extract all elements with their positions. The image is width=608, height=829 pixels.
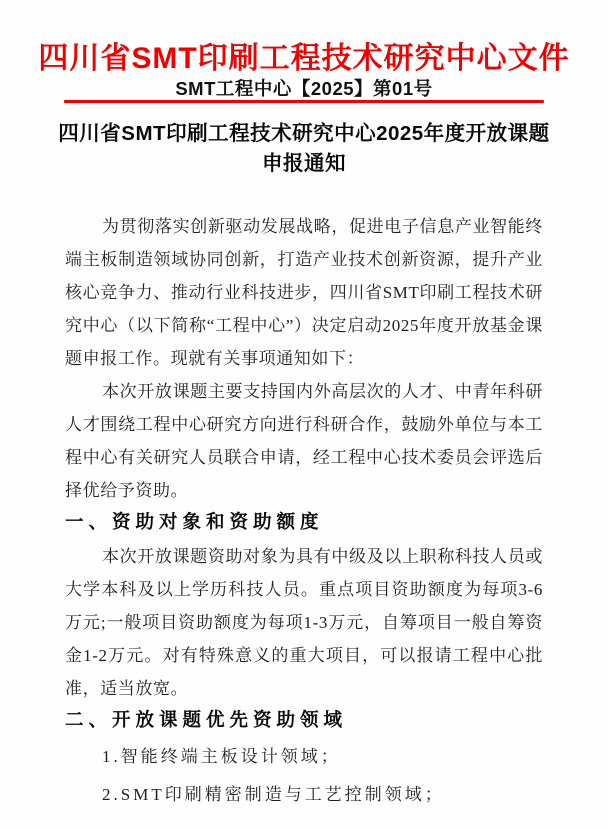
document-page: 四川省SMT印刷工程技术研究中心文件 SMT工程中心【2025】第01号 四川省…	[0, 0, 608, 829]
paragraph-support-scope: 本次开放课题主要支持国内外高层次的人才、中青年科研人才围绕工程中心研究方向进行科…	[65, 375, 543, 507]
doc-number: SMT工程中心【2025】第01号	[0, 79, 608, 98]
document-title-line1: 四川省SMT印刷工程技术研究中心2025年度开放课题	[54, 119, 554, 149]
org-title: 四川省SMT印刷工程技术研究中心文件	[0, 42, 608, 76]
document-title-line2: 申报通知	[54, 149, 554, 179]
list-item-field-2: 2.SMT印刷精密制造与工艺控制领域；	[65, 776, 543, 814]
paragraph-funding-amount: 本次开放课题资助对象为具有中级及以上职称科技人员或大学本科及以上学历科技人员。重…	[65, 540, 543, 705]
list-item-field-1: 1.智能终端主板设计领域；	[65, 738, 543, 776]
document-body: 为贯彻落实创新驱动发展战略，促进电子信息产业智能终端主板制造领域协同创新，打造产…	[65, 210, 543, 814]
document-title: 四川省SMT印刷工程技术研究中心2025年度开放课题 申报通知	[54, 119, 554, 179]
red-divider-line	[64, 100, 544, 103]
section-heading-funding: 一、资助对象和资助额度	[65, 507, 543, 540]
paragraph-intro: 为贯彻落实创新驱动发展战略，促进电子信息产业智能终端主板制造领域协同创新，打造产…	[65, 210, 543, 375]
section-heading-priority-fields: 二、开放课题优先资助领域	[65, 705, 543, 738]
letterhead: 四川省SMT印刷工程技术研究中心文件 SMT工程中心【2025】第01号	[0, 42, 608, 103]
